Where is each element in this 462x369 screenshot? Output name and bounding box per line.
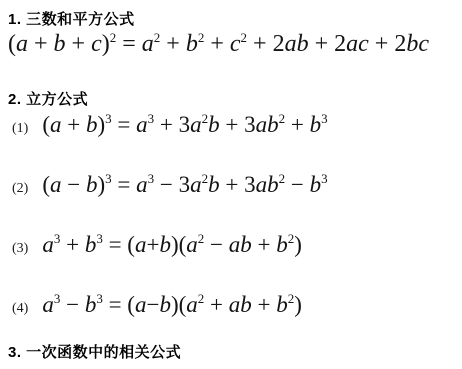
math-token: a [50,112,62,137]
math-token: 2 [288,291,295,306]
math-token: b [276,292,288,317]
formula-row-cube-4: (4) a3 − b3 = (a−b)(a2 + ab + b2) [8,292,302,318]
math-token: 2 [198,291,205,306]
math-token: b [86,112,98,137]
formula-expression: a3 − b3 = (a−b)(a2 + ab + b2) [42,292,302,318]
formula-document: 1. 三数和平方公式 (a + b + c)2 = a2 + b2 + c2 +… [0,0,462,369]
math-token: b [310,112,322,137]
math-token: = [112,112,136,137]
math-token: − 3 [154,172,190,197]
math-token: b [208,112,220,137]
math-token: ac [346,31,369,57]
math-token: a [42,292,54,317]
math-token: = ( [103,292,135,317]
math-token: 3 [54,231,61,246]
math-token: ab [256,172,279,197]
math-token: = [112,172,136,197]
formula-expression: (a − b)3 = a3 − 3a2b + 3ab2 − b3 [42,172,327,198]
math-token: a [42,232,54,257]
math-token: 2 [202,111,209,126]
math-token: + 3 [220,112,256,137]
math-token: + [285,112,309,137]
math-token: 2 [154,30,161,45]
math-token: + 3 [154,112,190,137]
math-token: 2 [279,111,286,126]
math-token: = ( [103,232,135,257]
math-token: a [135,232,147,257]
math-token: 3 [105,171,112,186]
math-token: + [160,31,186,57]
math-token: b [208,172,220,197]
math-token: + [60,232,84,257]
section-heading-2: 2. 立方公式 [8,88,88,109]
math-token: b [159,292,171,317]
math-token: − [60,292,84,317]
math-token: b [54,31,66,57]
math-token: a [186,292,198,317]
math-token: ab [229,292,252,317]
formula-expression: a3 + b3 = (a+b)(a2 − ab + b2) [42,232,302,258]
math-token: + [62,112,86,137]
math-token: 3 [321,171,328,186]
formula-item-number: (4) [12,301,28,317]
formula-row-cube-1: (1) (a + b)3 = a3 + 3a2b + 3ab2 + b3 [8,112,328,138]
math-token: a [16,31,28,57]
math-token: ab [229,232,252,257]
math-token: )( [171,292,186,317]
math-token: a [136,112,148,137]
math-token: 2 [198,30,205,45]
math-token: b [159,232,171,257]
math-token: + [252,232,276,257]
math-token: ( [42,172,50,197]
math-token: 3 [96,231,103,246]
math-token: a [190,112,202,137]
math-token: c [230,31,241,57]
math-token: 3 [321,111,328,126]
math-token: ) [97,112,105,137]
math-token: c [91,31,102,57]
math-token: + [252,292,276,317]
math-token: + 3 [220,172,256,197]
formula-row-cube-3: (3) a3 + b3 = (a+b)(a2 − ab + b2) [8,232,302,258]
math-token: ( [42,112,50,137]
math-token: 3 [148,111,155,126]
math-token: + 2 [309,31,347,57]
math-token: a [50,172,62,197]
math-token: ( [8,31,16,57]
math-token: 2 [202,171,209,186]
formula-row-cube-2: (2) (a − b)3 = a3 − 3a2b + 3ab2 − b3 [8,172,328,198]
math-token: + [146,232,159,257]
section-heading-3: 3. 一次函数中的相关公式 [8,341,181,362]
math-token: + [204,31,230,57]
formula-expression: (a + b + c)2 = a2 + b2 + c2 + 2ab + 2ac … [8,31,429,58]
formula-item-number: (1) [12,121,28,137]
math-token: b [186,31,198,57]
math-token: ) [294,292,302,317]
math-token: − [204,232,228,257]
formula-expression: (a + b)3 = a3 + 3a2b + 3ab2 + b3 [42,112,327,138]
section-heading-1: 1. 三数和平方公式 [8,8,135,29]
math-token: b [85,232,97,257]
math-token: ) [102,31,110,57]
math-token: + 2 [369,31,407,57]
math-token: b [85,292,97,317]
math-token: b [310,172,322,197]
math-token: 2 [279,171,286,186]
math-token: + [66,31,92,57]
math-token: 2 [241,30,248,45]
math-token: bc [406,31,429,57]
math-token: a [142,31,154,57]
math-token: ab [256,112,279,137]
math-token: − [285,172,309,197]
math-token: )( [171,232,186,257]
math-token: ab [285,31,309,57]
math-token: a [190,172,202,197]
math-token: 3 [148,171,155,186]
math-token: = [116,31,142,57]
math-token: ) [97,172,105,197]
math-token: + [204,292,228,317]
formula-item-number: (2) [12,181,28,197]
math-token: − [146,292,159,317]
math-token: a [135,292,147,317]
math-token: ) [294,232,302,257]
math-token: a [186,232,198,257]
math-token: 3 [105,111,112,126]
math-token: 2 [198,231,205,246]
math-token: 3 [54,291,61,306]
math-token: − [62,172,86,197]
formula-row-sum-of-three-squares: (a + b + c)2 = a2 + b2 + c2 + 2ab + 2ac … [8,31,429,58]
math-token: a [136,172,148,197]
math-token: 2 [288,231,295,246]
math-token: b [276,232,288,257]
math-token: + 2 [247,31,285,57]
formula-item-number: (3) [12,241,28,257]
math-token: 3 [96,291,103,306]
math-token: b [86,172,98,197]
math-token: 2 [110,30,117,45]
math-token: + [28,31,54,57]
